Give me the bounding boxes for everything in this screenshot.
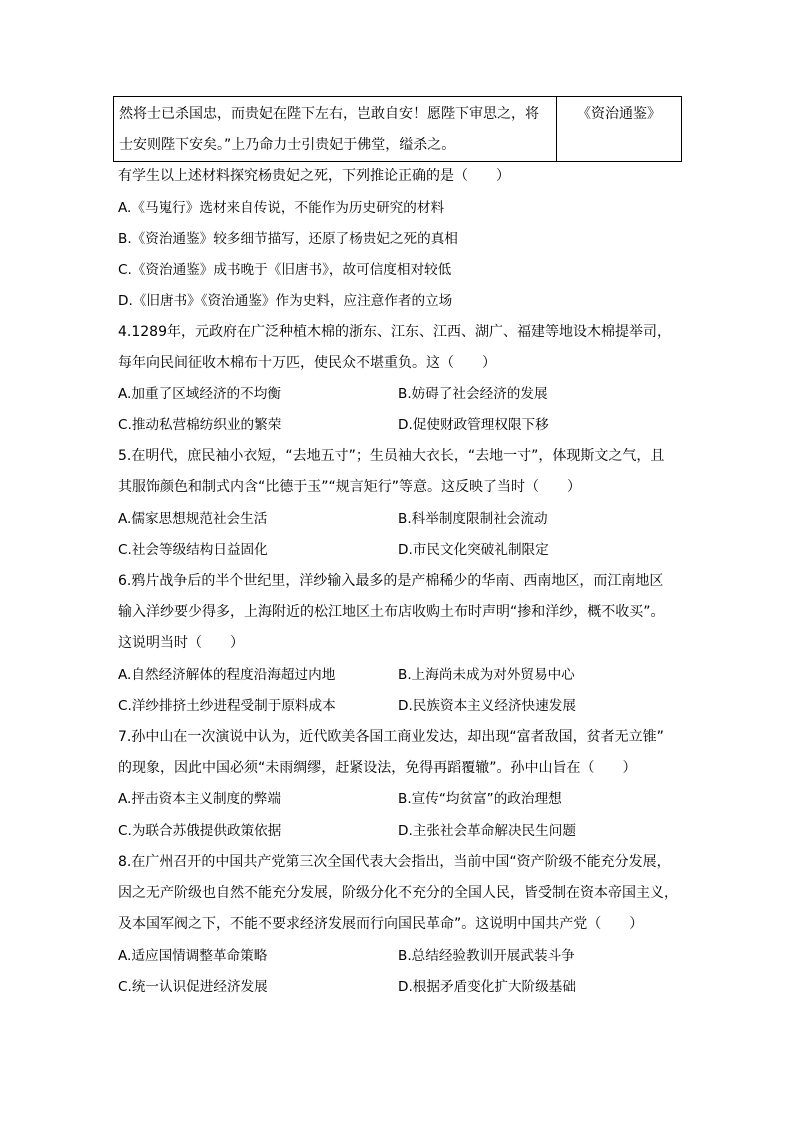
option-c[interactable]: C.洋纱排挤土纱进程受制于原料成本 — [118, 696, 336, 716]
source-name-cell: 《资治通鉴》 — [557, 97, 682, 162]
source-table: 然将士已杀国忠，而贵妃在陛下左右，岂敢自安！愿陛下审思之，将 士安则陛下安矣。”… — [113, 96, 682, 162]
option-b[interactable]: B.妨碍了社会经济的发展 — [398, 384, 548, 404]
question-stem: 7.孙中山在一次演说中认为，近代欧美各国工商业发达，却出现“富者敌国，贫者无立锥… — [118, 727, 664, 747]
source-table-row: 然将士已杀国忠，而贵妃在陛下左右，岂敢自安！愿陛下审思之，将 士安则陛下安矣。”… — [114, 97, 682, 162]
source-excerpt-cell: 然将士已杀国忠，而贵妃在陛下左右，岂敢自安！愿陛下审思之，将 士安则陛下安矣。”… — [114, 97, 557, 162]
option-c[interactable]: C.统一认识促进经济发展 — [118, 977, 268, 997]
question-stem: 这说明当时（ ） — [118, 633, 244, 653]
option-c[interactable]: C.社会等级结构日益固化 — [118, 540, 268, 560]
option-b[interactable]: B.上海尚未成为对外贸易中心 — [398, 665, 575, 685]
option-d[interactable]: D.根据矛盾变化扩大阶级基础 — [398, 977, 576, 997]
question-stem: 因之无产阶级也自然不能充分发展，阶级分化不充分的全国人民，皆受制在资本帝国主义， — [118, 883, 678, 903]
option-a[interactable]: A.抨击资本主义制度的弊端 — [118, 789, 281, 809]
option-d[interactable]: D.市民文化突破礼制限定 — [398, 540, 549, 560]
question-stem: 及本国军阀之下，不能不要求经济发展而行向国民革命”。这说明中国共产党（ ） — [118, 914, 643, 934]
option-a[interactable]: A.儒家思想规范社会生活 — [118, 509, 267, 529]
option-d[interactable]: D.促使财政管理权限下移 — [398, 415, 549, 435]
option-d[interactable]: D.主张社会革命解决民生问题 — [398, 821, 576, 841]
option-a[interactable]: A.加重了区域经济的不均衡 — [118, 384, 281, 404]
question-stem: 的现象，因此中国必须“未雨绸缪，赶紧设法，免得再蹈覆辙”。孙中山旨在（ ） — [118, 758, 637, 778]
option-b[interactable]: B.总结经验教训开展武装斗争 — [398, 946, 575, 966]
option-b[interactable]: B.科举制度限制社会流动 — [398, 509, 548, 529]
option-b[interactable]: B.《资治通鉴》较多细节描写，还原了杨贵妃之死的真相 — [118, 229, 458, 249]
option-c[interactable]: C.《资治通鉴》成书晚于《旧唐书》，故可信度相对较低 — [118, 260, 451, 280]
question-stem: 8.在广州召开的中国共产党第三次全国代表大会指出，当前中国“资产阶级不能充分发展… — [118, 852, 671, 872]
question-stem: 输入洋纱要少得多，上海附近的松江地区土布店收购土布时声明“掺和洋纱，概不收买”。 — [118, 602, 665, 622]
option-a[interactable]: A.适应国情调整革命策略 — [118, 946, 267, 966]
source-excerpt-line: 士安则陛下安矣。”上乃命力士引贵妃于佛堂，缢杀之。 — [119, 130, 556, 161]
option-d[interactable]: D.民族资本主义经济快速发展 — [398, 696, 576, 716]
question-stem: 有学生以上述材料探究杨贵妃之死，下列推论正确的是（ ） — [118, 166, 510, 186]
question-stem: 5.在明代，庶民袖小衣短，“去地五寸”；生员袖大衣长，“去地一寸”，体现斯文之气… — [118, 446, 664, 466]
question-stem: 每年向民间征收木棉布十万匹，使民众不堪重负。这（ ） — [118, 353, 496, 373]
option-d[interactable]: D.《旧唐书》《资治通鉴》作为史料，应注意作者的立场 — [118, 291, 452, 311]
exam-page: 然将士已杀国忠，而贵妃在陛下左右，岂敢自安！愿陛下审思之，将 士安则陛下安矣。”… — [0, 0, 794, 1123]
option-a[interactable]: A.《马嵬行》选材来自传说，不能作为历史研究的材料 — [118, 198, 444, 218]
option-b[interactable]: B.宣传“均贫富”的政治理想 — [398, 789, 562, 809]
option-c[interactable]: C.为联合苏俄提供政策依据 — [118, 821, 281, 841]
option-c[interactable]: C.推动私营棉纺织业的繁荣 — [118, 415, 281, 435]
question-stem: 6.鸦片战争后的半个世纪里，洋纱输入最多的是产棉稀少的华南、西南地区，而江南地区 — [118, 571, 663, 591]
question-stem: 4.1289年，元政府在广泛种植木棉的浙东、江东、江西、湖广、福建等地设木棉提举… — [118, 322, 671, 342]
source-excerpt-line: 然将士已杀国忠，而贵妃在陛下左右，岂敢自安！愿陛下审思之，将 — [119, 99, 556, 130]
option-a[interactable]: A.自然经济解体的程度沿海超过内地 — [118, 665, 335, 685]
question-stem: 其服饰颜色和制式内含“比德于玉”“规言矩行”等意。这反映了当时（ ） — [118, 477, 581, 497]
